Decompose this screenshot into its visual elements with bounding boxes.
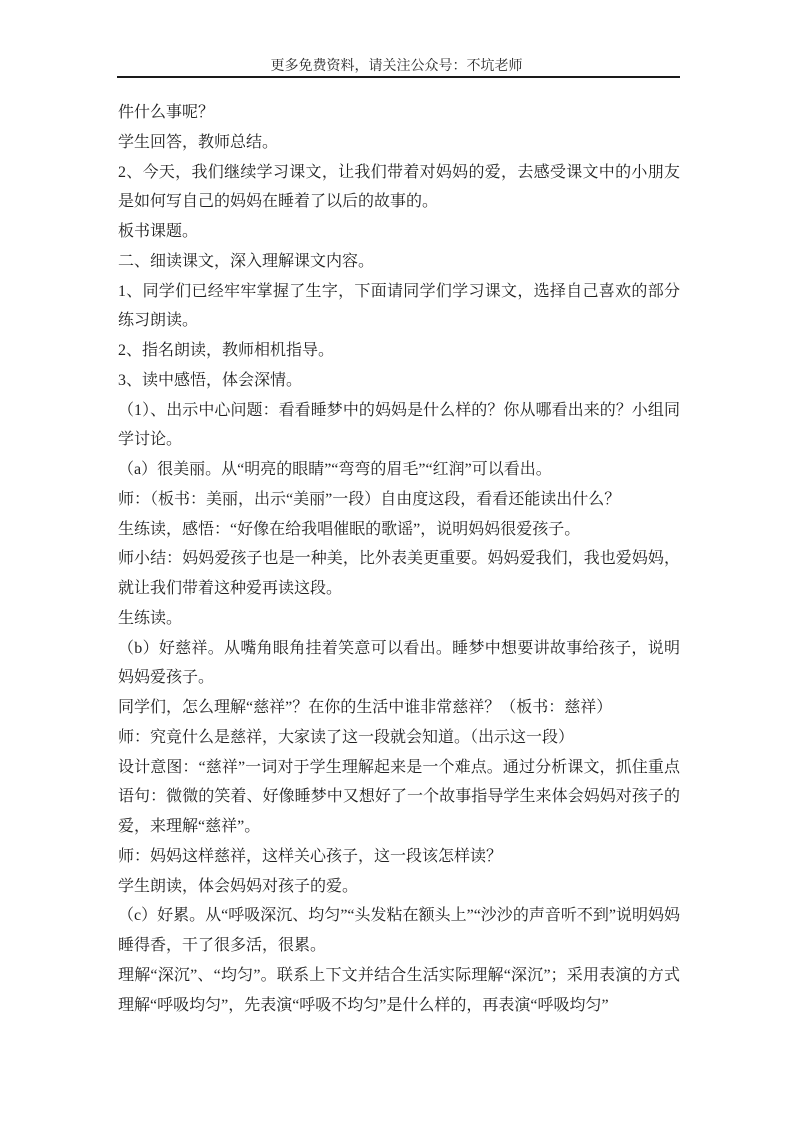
paragraph: 学生朗读，体会妈妈对孩子的爱。 xyxy=(118,872,680,902)
document-body: 件什么事呢？ 学生回答，教师总结。 2、今天，我们继续学习课文，让我们带着对妈妈… xyxy=(118,98,680,1020)
paragraph: 师：（板书：美丽，出示“美丽”一段）自由度这段，看看还能读出什么？ xyxy=(118,485,680,515)
paragraph: （c）好累。从“呼吸深沉、均匀”“头发粘在额头上”“沙沙的声音听不到”说明妈妈睡… xyxy=(118,901,680,961)
header-notice: 更多免费资料，请关注公众号：不坑老师 xyxy=(0,55,793,75)
paragraph: （b）好慈祥。从嘴角眼角挂着笑意可以看出。睡梦中想要讲故事给孩子，说明妈妈爱孩子… xyxy=(118,634,680,694)
paragraph: 师：妈妈这样慈祥，这样关心孩子，这一段该怎样读？ xyxy=(118,842,680,872)
paragraph: 师：究竟什么是慈祥，大家读了这一段就会知道。（出示这一段） xyxy=(118,723,680,753)
paragraph: 理解“深沉”、“均匀”。联系上下文并结合生活实际理解“深沉”；采用表演的方式理解… xyxy=(118,961,680,1021)
paragraph: 二、细读课文，深入理解课文内容。 xyxy=(118,247,680,277)
paragraph: 设计意图：“慈祥”一词对于学生理解起来是一个难点。通过分析课文，抓住重点语句：微… xyxy=(118,753,680,842)
paragraph: 件什么事呢？ xyxy=(118,98,680,128)
paragraph: （a）很美丽。从“明亮的眼睛”“弯弯的眉毛”“红润”可以看出。 xyxy=(118,455,680,485)
paragraph: 同学们，怎么理解“慈祥”？在你的生活中谁非常慈祥？（板书：慈祥） xyxy=(118,693,680,723)
paragraph: 1、同学们已经牢牢掌握了生字，下面请同学们学习课文，选择自己喜欢的部分练习朗读。 xyxy=(118,277,680,337)
paragraph: 2、指名朗读，教师相机指导。 xyxy=(118,336,680,366)
paragraph: 生练读。 xyxy=(118,604,680,634)
paragraph: 师小结：妈妈爱孩子也是一种美，比外表美更重要。妈妈爱我们，我也爱妈妈，就让我们带… xyxy=(118,544,680,604)
paragraph: 板书课题。 xyxy=(118,217,680,247)
paragraph: 2、今天，我们继续学习课文，让我们带着对妈妈的爱，去感受课文中的小朋友是如何写自… xyxy=(118,158,680,218)
document-page: 更多免费资料，请关注公众号：不坑老师 件什么事呢？ 学生回答，教师总结。 2、今… xyxy=(0,0,793,1122)
paragraph: 3、读中感悟，体会深情。 xyxy=(118,366,680,396)
paragraph: 学生回答，教师总结。 xyxy=(118,128,680,158)
header-rule xyxy=(117,76,680,78)
paragraph: 生练读，感悟：“好像在给我唱催眠的歌谣”，说明妈妈很爱孩子。 xyxy=(118,515,680,545)
paragraph: （1）、出示中心问题：看看睡梦中的妈妈是什么样的？你从哪看出来的？小组同学讨论。 xyxy=(118,396,680,456)
